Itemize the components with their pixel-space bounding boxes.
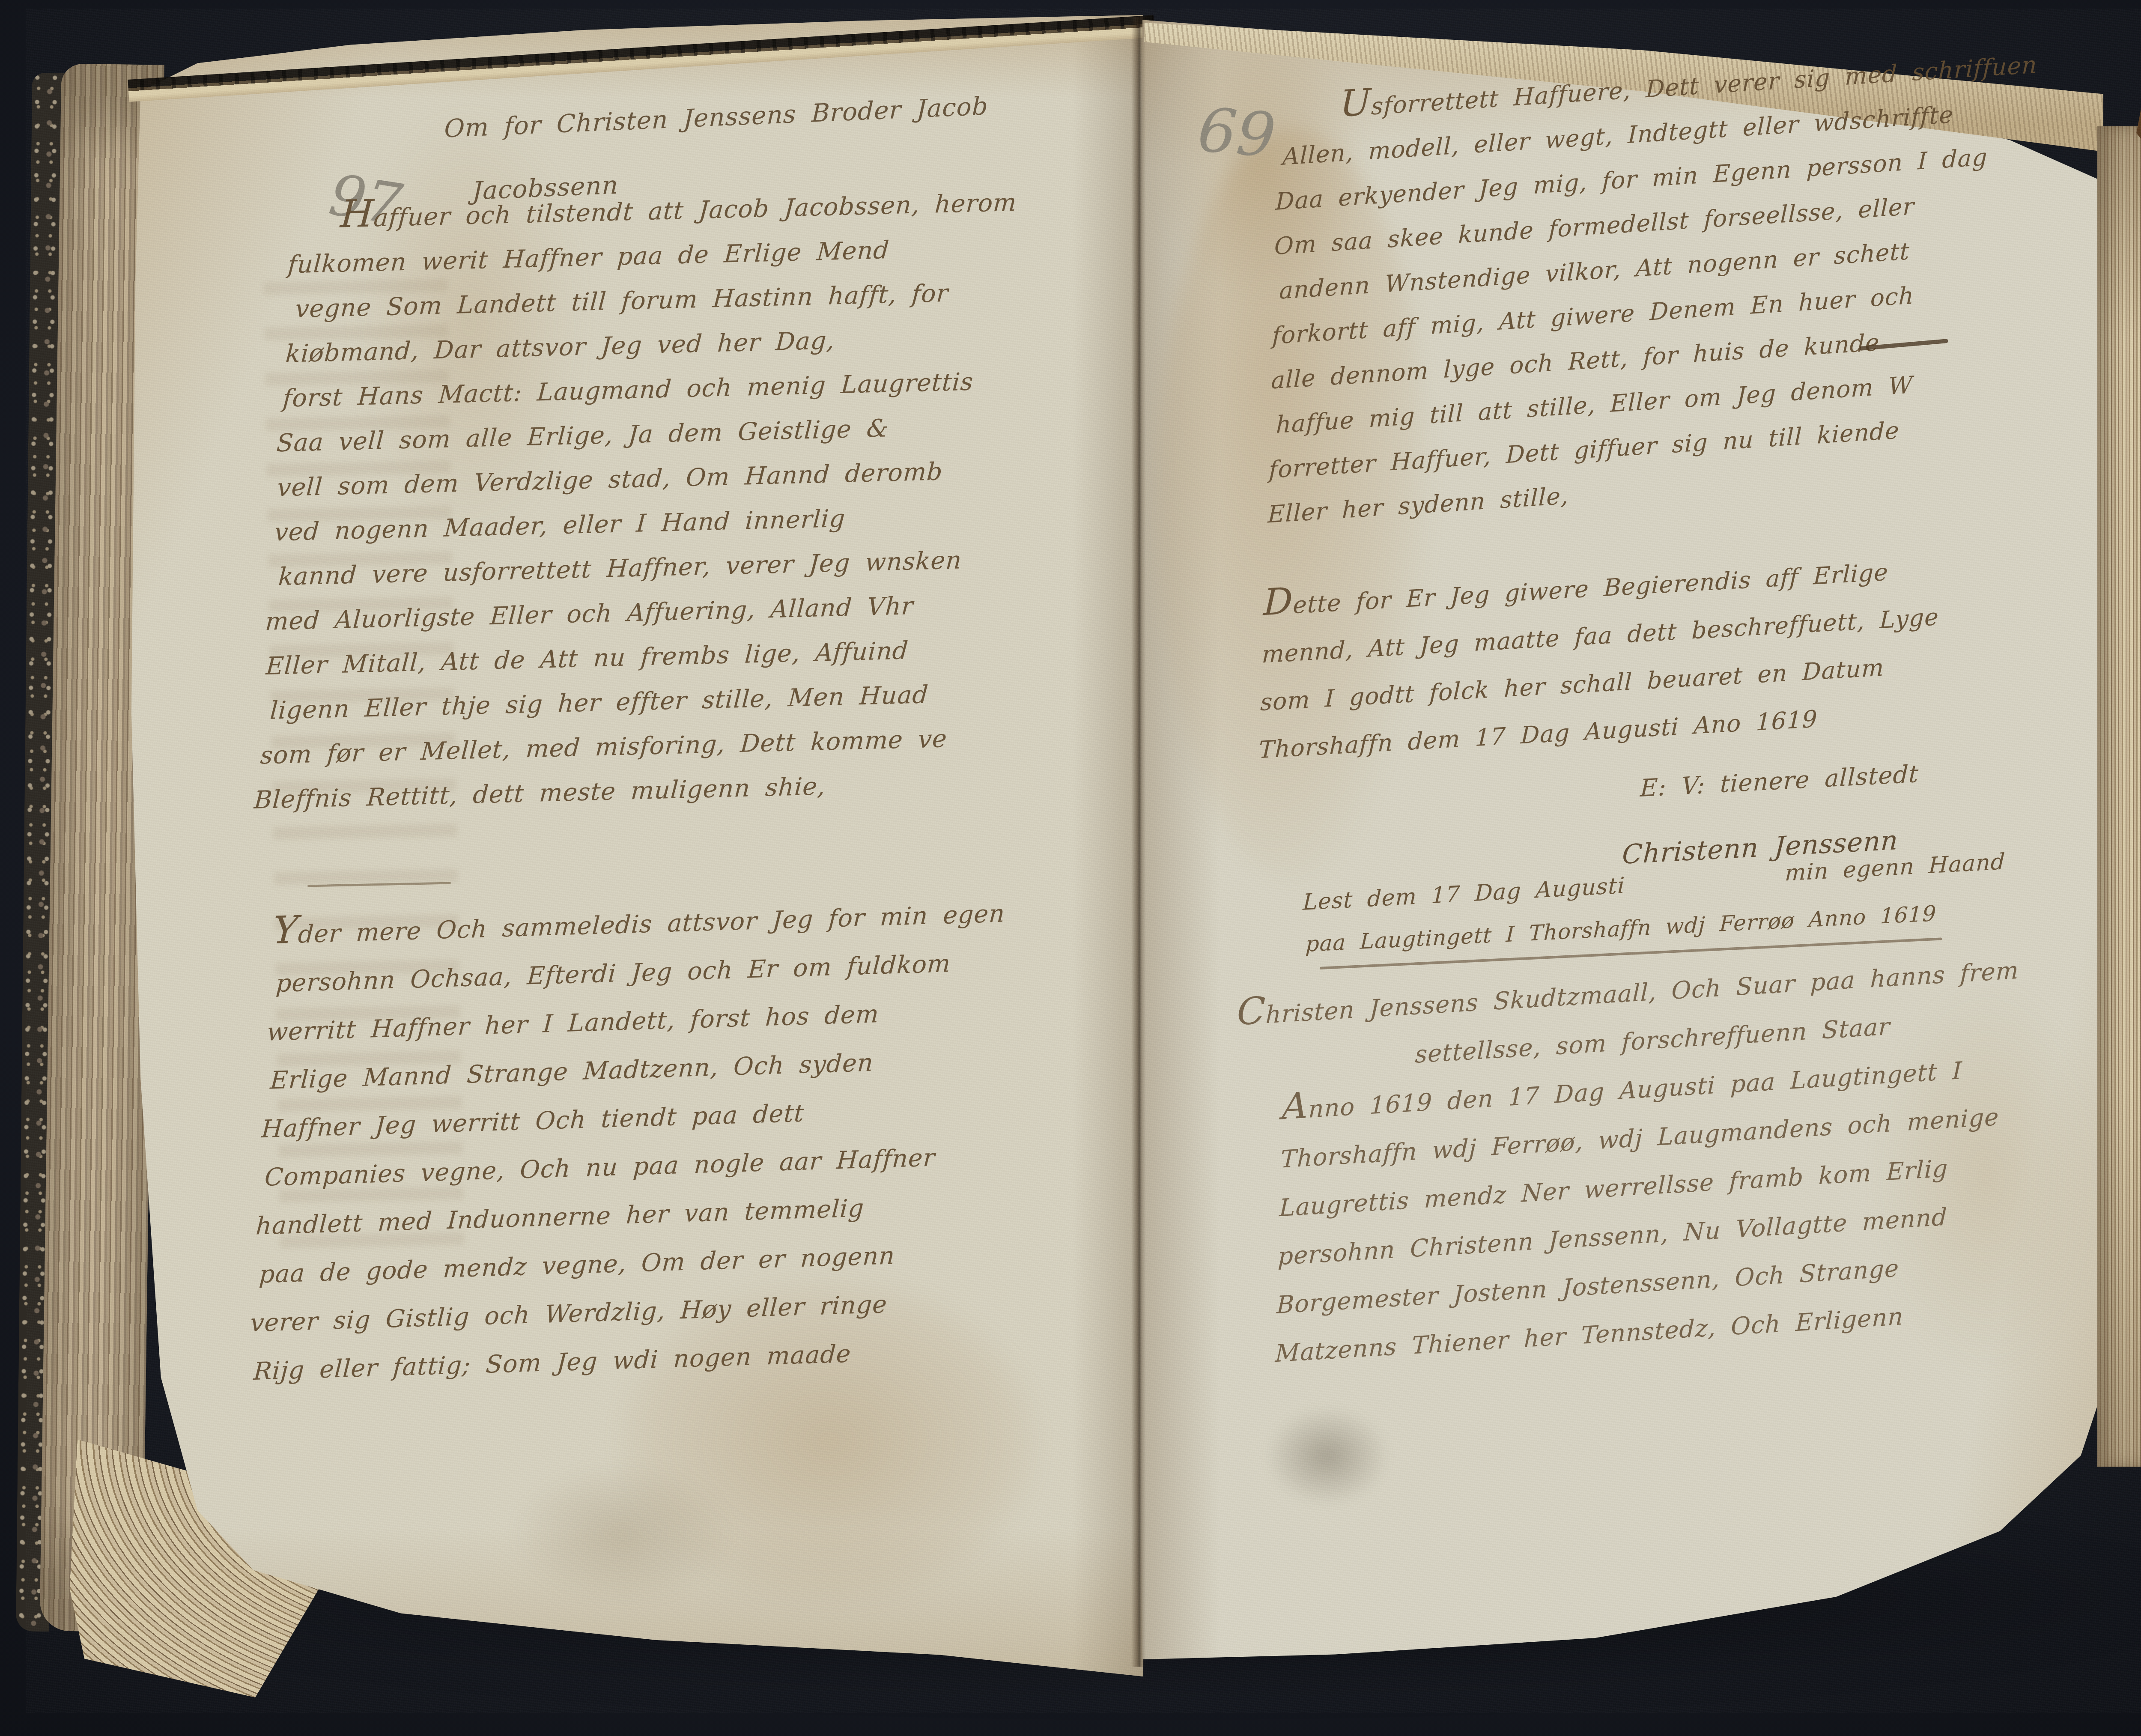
- manuscript-photo: Om for Christen Jenssens Broder JacobJac…: [0, 0, 2141, 1736]
- right-page-paragraph-1: Usforrettett Haffuere, Dett verer sig me…: [1267, 39, 2081, 537]
- right-page-folio-number: 69: [1195, 94, 1278, 171]
- paper-stain: [512, 1462, 734, 1604]
- left-page-paragraph-2: Yder mere Och sammeledis attsvor Jeg for…: [246, 886, 1113, 1396]
- book-gutter-fold: [1131, 17, 1146, 1667]
- right-page-section-2: Christen Jenssens Skudtzmaall, Och Suar …: [1227, 942, 2088, 1381]
- left-page-paragraph-1: Haffuer och tilstendt att Jacob Jacobsse…: [256, 178, 1113, 822]
- book-fore-edge: [2097, 126, 2141, 1467]
